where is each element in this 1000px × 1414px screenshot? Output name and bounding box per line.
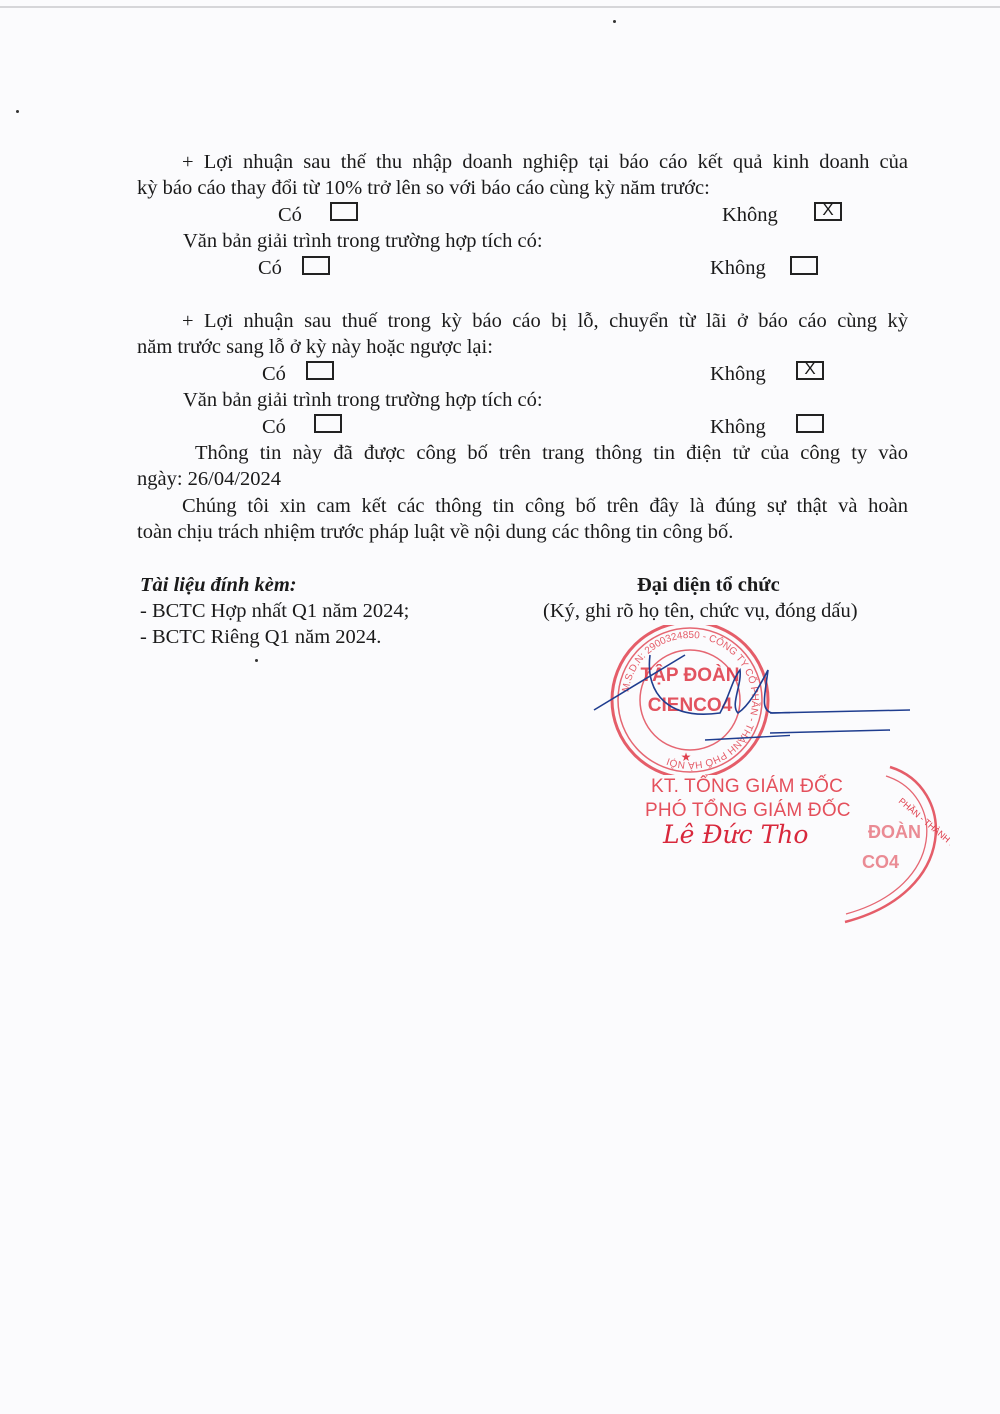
check-x-mark: X [798,359,822,379]
q2-yes-label: Có [258,256,282,280]
scan-speck [613,20,616,23]
commitment-line2: toàn chịu trách nhiệm trước pháp luật về… [137,520,733,544]
q3-yes-label: Có [262,362,286,386]
svg-text:★: ★ [681,750,692,764]
section1-line2: kỳ báo cáo thay đổi từ 10% trở lên so vớ… [137,176,710,200]
q2-yes-checkbox[interactable] [302,256,330,275]
company-stamp: M.S.D.N: 2900324850 - CÔNG TY CỔ PHẦN - … [590,625,790,775]
publication-line1: Thông tin này đã được công bố trên trang… [137,441,908,465]
signer-title-1: KT. TỔNG GIÁM ĐỐC [651,776,843,798]
scan-speck [16,110,19,113]
explain-label: Văn bản giải trình trong trường hợp tích… [183,388,543,412]
section1-line1: + Lợi nhuận sau thế thu nhập doanh nghiệ… [137,150,908,174]
stamp-seal-icon: ĐOÀN CO4 PHẦN - THÀNH PHỐ HÀ NỘI [840,762,950,932]
q1-no-checkbox[interactable]: X [814,202,842,221]
q3-no-checkbox[interactable]: X [796,361,824,380]
q4-yes-checkbox[interactable] [314,414,342,433]
q3-yes-checkbox[interactable] [306,361,334,380]
attachments-heading: Tài liệu đính kèm: [140,573,297,597]
q2-no-checkbox[interactable] [790,256,818,275]
q1-no-label: Không [722,203,778,227]
signer-title-2: PHÓ TỔNG GIÁM ĐỐC [645,800,851,822]
q4-yes-label: Có [262,415,286,439]
signature-heading: Đại diện tổ chức [637,573,780,597]
attachment-item: - BCTC Riêng Q1 năm 2024. [140,625,381,649]
section2-line1: + Lợi nhuận sau thuế trong kỳ báo cáo bị… [137,309,908,333]
q4-no-label: Không [710,415,766,439]
q3-no-label: Không [710,362,766,386]
check-x-mark: X [816,200,840,220]
svg-text:ĐOÀN: ĐOÀN [868,821,921,842]
stamp-seal-icon: M.S.D.N: 2900324850 - CÔNG TY CỔ PHẦN - … [590,625,790,775]
partial-stamp: ĐOÀN CO4 PHẦN - THÀNH PHỐ HÀ NỘI [840,762,950,932]
scan-edge-line [0,6,1000,8]
signature-instruction: (Ký, ghi rõ họ tên, chức vụ, đóng dấu) [543,599,858,623]
commitment-line1: Chúng tôi xin cam kết các thông tin công… [137,494,908,518]
q1-yes-checkbox[interactable] [330,202,358,221]
signature-stroke [770,700,915,740]
section2-line2: năm trước sang lỗ ở kỳ này hoặc ngược lạ… [137,335,493,359]
q4-no-checkbox[interactable] [796,414,824,433]
scan-speck [255,659,258,662]
q2-no-label: Không [710,256,766,280]
q1-yes-label: Có [278,203,302,227]
publication-date: ngày: 26/04/2024 [137,467,281,491]
explain-label: Văn bản giải trình trong trường hợp tích… [183,229,543,253]
svg-text:TẬP ĐOÀN: TẬP ĐOÀN [641,664,740,686]
attachment-item: - BCTC Hợp nhất Q1 năm 2024; [140,599,409,623]
svg-text:CO4: CO4 [862,852,899,872]
signer-name: Lê Đức Tho [663,820,808,849]
